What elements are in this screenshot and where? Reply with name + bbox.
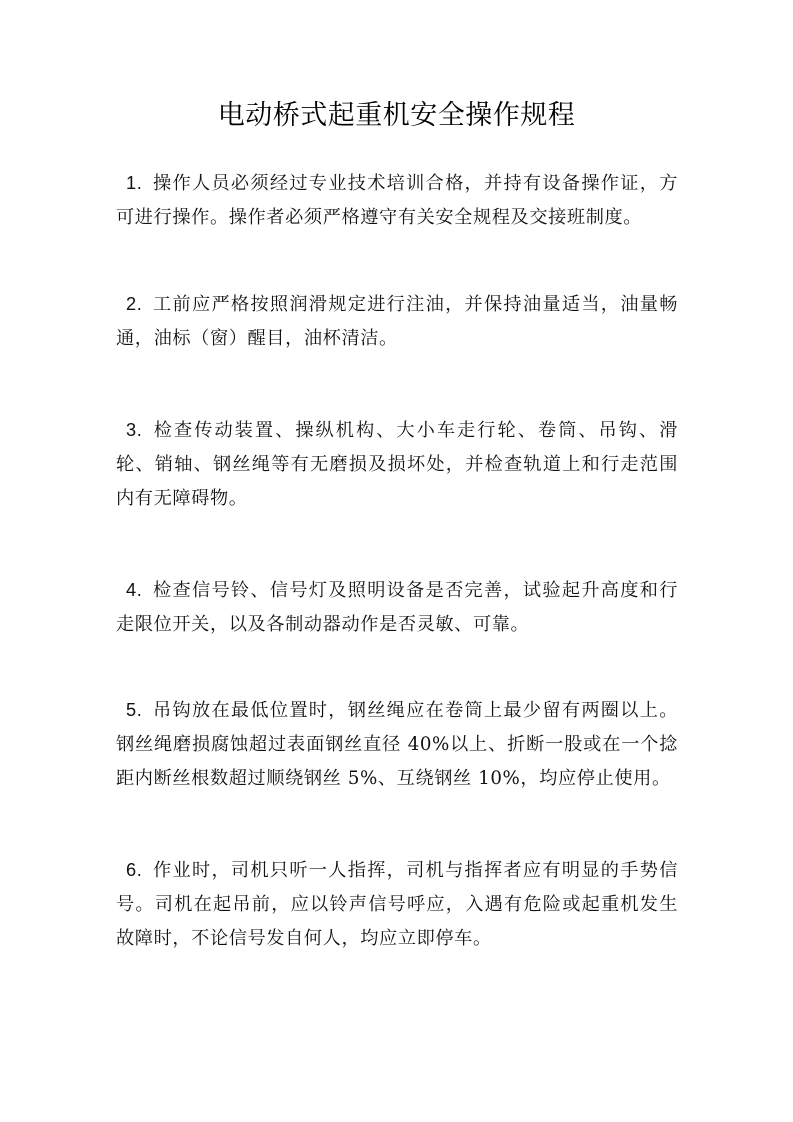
paragraph-number: 3. [126, 413, 142, 447]
paragraph-6: 6.作业时，司机只听一人指挥，司机与指挥者应有明显的手势信号。司机在起吊前，应以… [116, 853, 678, 956]
paragraph-number: 2. [126, 287, 142, 321]
paragraph-number: 1. [126, 166, 142, 200]
document-page: 电动桥式起重机安全操作规程 1.操作人员必须经过专业技术培训合格，并持有设备操作… [0, 0, 793, 1122]
paragraph-number: 4. [126, 573, 142, 607]
paragraph-5: 5.吊钩放在最低位置时，钢丝绳应在卷筒上最少留有两圈以上。钢丝绳磨损腐蚀超过表面… [116, 693, 678, 796]
paragraph-number: 6. [126, 853, 142, 887]
paragraph-text: 检查信号铃、信号灯及照明设备是否完善，试验起升高度和行走限位开关，以及各制动器动… [116, 580, 678, 635]
paragraph-3: 3.检查传动装置、操纵机构、大小车走行轮、卷筒、吊钩、滑轮、销轴、钢丝绳等有无磨… [116, 413, 678, 516]
paragraph-4: 4.检查信号铃、信号灯及照明设备是否完善，试验起升高度和行走限位开关，以及各制动… [116, 573, 678, 642]
paragraph-number: 5. [126, 693, 142, 727]
paragraph-1: 1.操作人员必须经过专业技术培训合格，并持有设备操作证，方可进行操作。操作者必须… [116, 166, 678, 235]
paragraph-text: 工前应严格按照润滑规定进行注油，并保持油量适当，油量畅通，油标（窗）醒目，油杯清… [116, 294, 678, 349]
paragraph-2: 2.工前应严格按照润滑规定进行注油，并保持油量适当，油量畅通，油标（窗）醒目，油… [116, 287, 678, 356]
paragraph-text: 作业时，司机只听一人指挥，司机与指挥者应有明显的手势信号。司机在起吊前，应以铃声… [116, 860, 678, 949]
paragraph-text: 吊钩放在最低位置时，钢丝绳应在卷筒上最少留有两圈以上。钢丝绳磨损腐蚀超过表面钢丝… [116, 700, 678, 789]
paragraph-text: 操作人员必须经过专业技术培训合格，并持有设备操作证，方可进行操作。操作者必须严格… [116, 173, 678, 228]
paragraph-text: 检查传动装置、操纵机构、大小车走行轮、卷筒、吊钩、滑轮、销轴、钢丝绳等有无磨损及… [116, 420, 678, 509]
document-title: 电动桥式起重机安全操作规程 [0, 96, 793, 136]
